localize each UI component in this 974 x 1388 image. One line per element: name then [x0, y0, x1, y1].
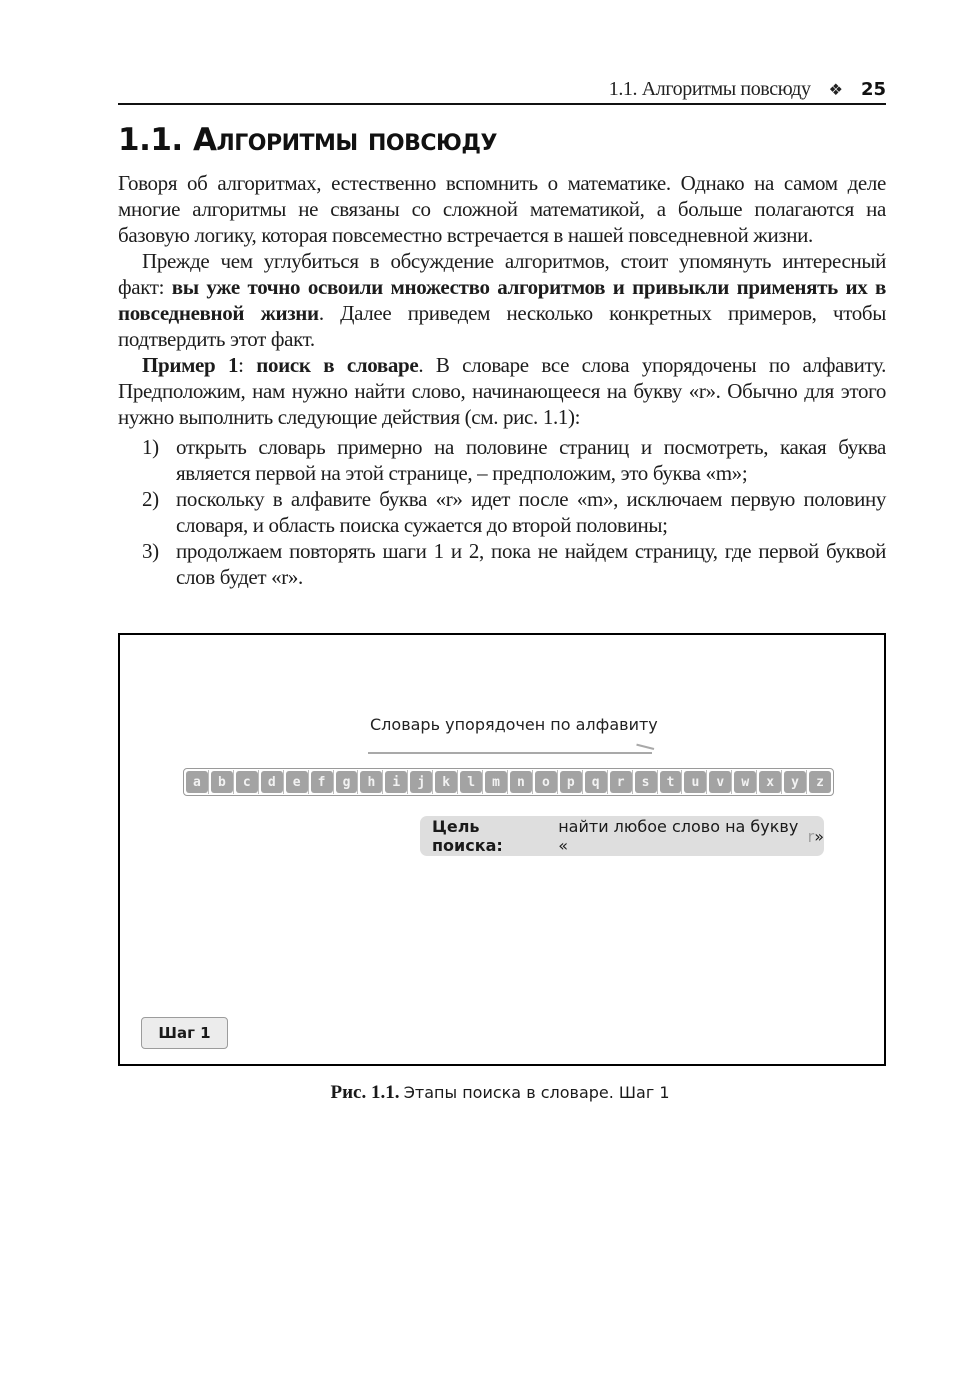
paragraph-fact: Прежде чем углубиться в обсуждение алгор… [118, 248, 886, 352]
letter-key-o: o [535, 771, 557, 793]
example-title: поиск в словаре [256, 353, 418, 377]
letter-key-e: e [286, 771, 308, 793]
letter-key-t: t [660, 771, 682, 793]
section-title: 1.1. Алгоритмы повсюду [118, 122, 497, 158]
list-item: 1)открыть словарь примерно на половине с… [118, 434, 886, 486]
letter-key-w: w [734, 771, 756, 793]
letter-key-s: s [635, 771, 657, 793]
running-head-title: 1.1. Алгоритмы повсюду [609, 78, 811, 101]
letter-key-f: f [311, 771, 333, 793]
step-1-button[interactable]: Шаг 1 [141, 1017, 228, 1049]
letter-key-b: b [211, 771, 233, 793]
search-goal-box: Цель поиска: найти любое слово на букву … [420, 816, 824, 856]
letter-key-x: x [759, 771, 781, 793]
letter-key-k: k [435, 771, 457, 793]
paragraph-intro: Говоря об алгоритмах, естественно вспомн… [118, 170, 886, 248]
letter-key-u: u [684, 771, 706, 793]
caption-text: Этапы поиска в словаре. Шаг 1 [404, 1083, 670, 1102]
letter-key-v: v [709, 771, 731, 793]
steps-list: 1)открыть словарь примерно на половине с… [118, 434, 886, 590]
letter-key-n: n [510, 771, 532, 793]
letter-key-r: r [610, 771, 632, 793]
letter-key-p: p [560, 771, 582, 793]
goal-label: Цель поиска: [432, 817, 553, 855]
letter-key-a: a [186, 771, 208, 793]
letter-key-l: l [460, 771, 482, 793]
section-number: 1.1. [118, 122, 183, 158]
arrow-right-icon [368, 752, 652, 754]
letter-key-j: j [410, 771, 432, 793]
example-label: Пример 1 [142, 353, 238, 377]
running-head: 1.1. Алгоритмы повсюду ❖ 25 [118, 76, 886, 105]
alphabet-bar: abcdefghijklmnopqrstuvwxyz [183, 768, 834, 796]
figure-heading: Словарь упорядочен по алфавиту [370, 715, 658, 734]
list-item: 3)продолжаем повторять шаги 1 и 2, пока … [118, 538, 886, 590]
figure-caption: Рис. 1.1. Этапы поиска в словаре. Шаг 1 [0, 1082, 974, 1104]
letter-key-i: i [385, 771, 407, 793]
letter-key-h: h [360, 771, 382, 793]
letter-key-c: c [236, 771, 258, 793]
body-text: Говоря об алгоритмах, естественно вспомн… [118, 170, 886, 590]
letter-key-q: q [585, 771, 607, 793]
paragraph-example-1: Пример 1: поиск в словаре. В словаре все… [118, 352, 886, 430]
ornament-icon: ❖ [829, 80, 843, 100]
letter-key-m: m [485, 771, 507, 793]
goal-letter: r [808, 827, 815, 846]
caption-label: Рис. 1.1. [330, 1082, 399, 1103]
letter-key-y: y [784, 771, 806, 793]
section-title-text: Алгоритмы повсюду [193, 122, 497, 158]
letter-key-z: z [809, 771, 831, 793]
letter-key-g: g [336, 771, 358, 793]
letter-key-d: d [261, 771, 283, 793]
figure-dictionary-search: Словарь упорядочен по алфавиту abcdefghi… [118, 633, 886, 1066]
page-number: 25 [861, 79, 886, 100]
list-item: 2)поскольку в алфавите буква «r» идет по… [118, 486, 886, 538]
